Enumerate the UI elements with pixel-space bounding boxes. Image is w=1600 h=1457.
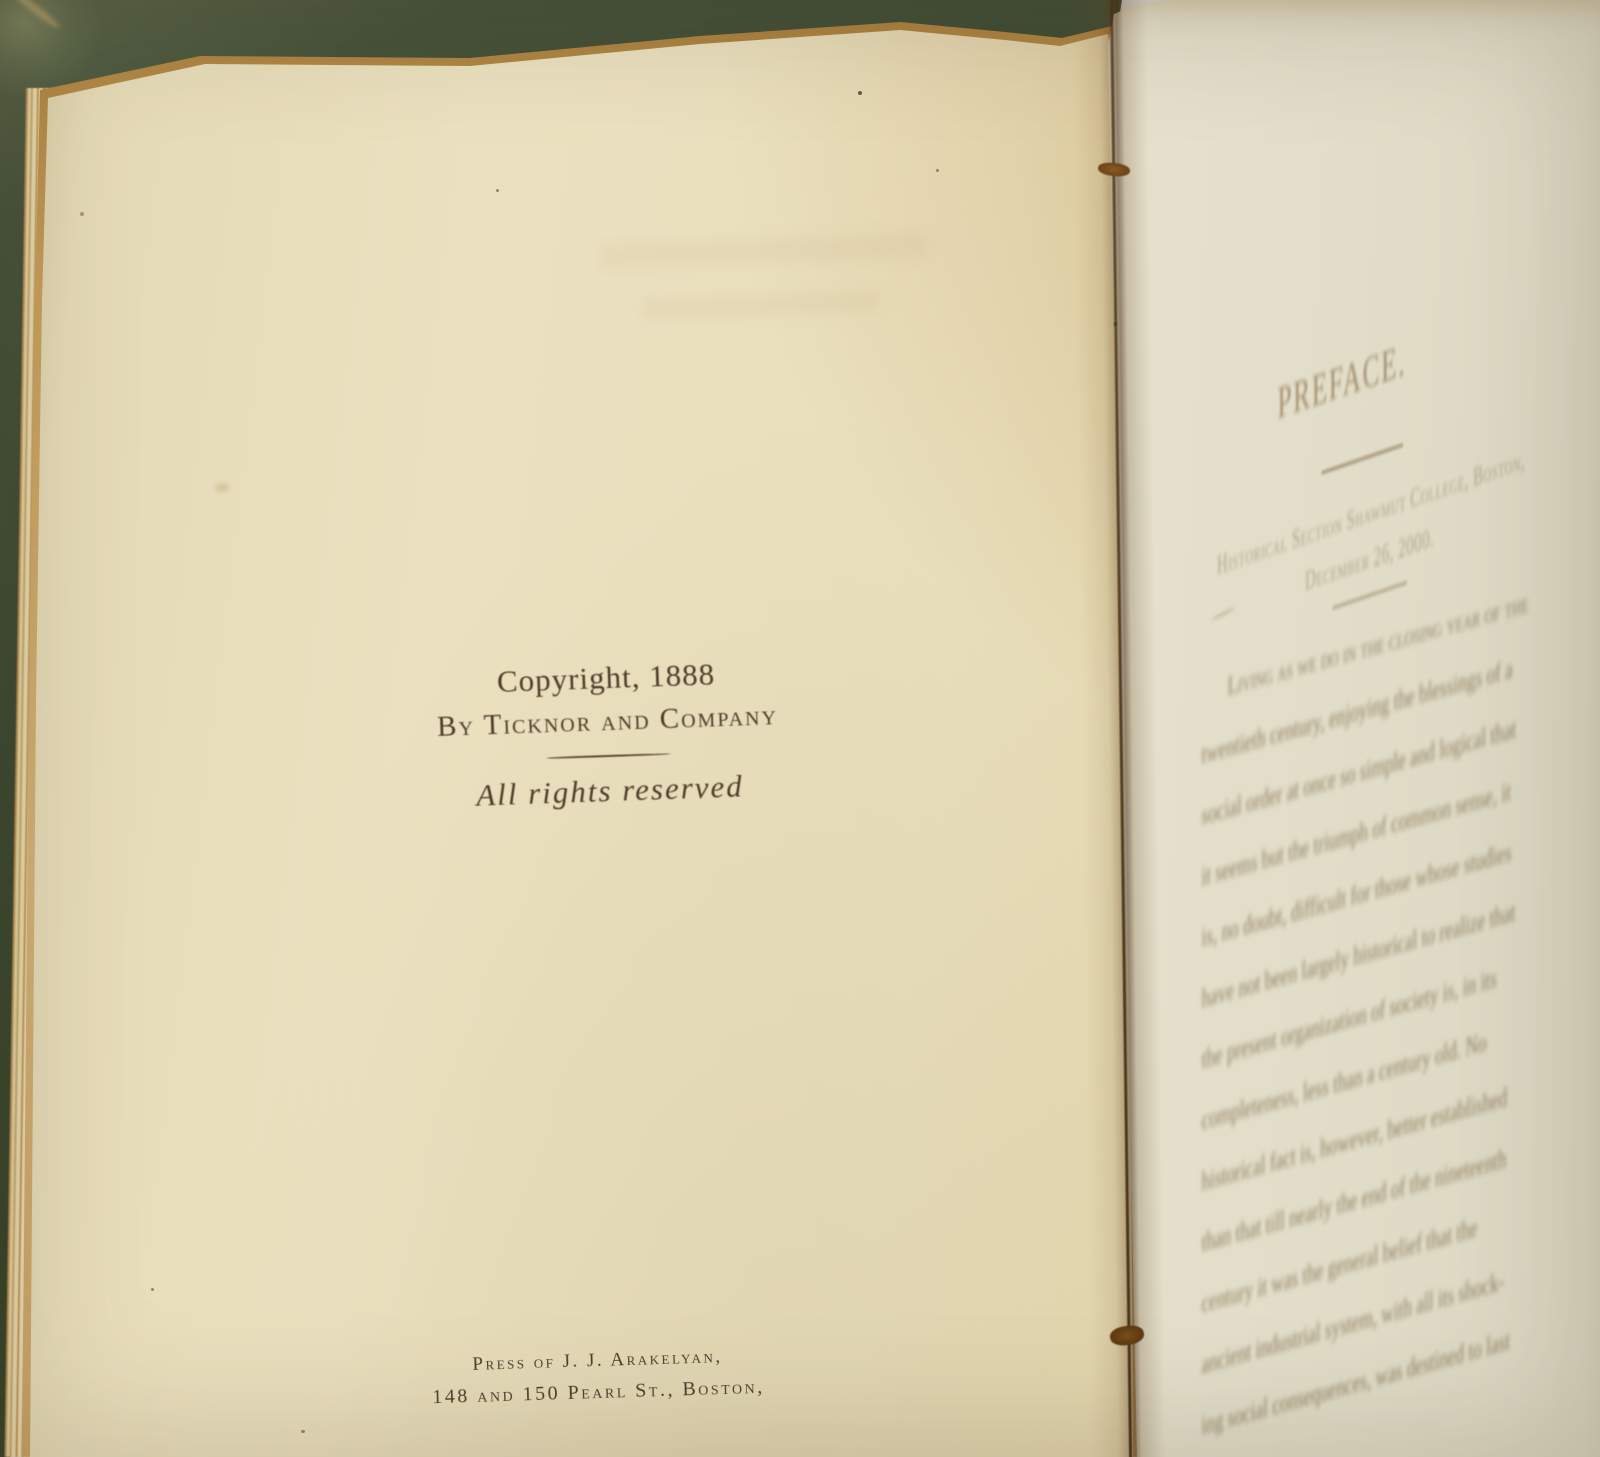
title-showthrough-smudge [598,232,929,270]
preface-body: Living as we do in the closing year of t… [1195,555,1592,1457]
rights-line: All rights reserved [429,767,790,816]
preface-heading: PREFACE. [1278,253,1600,429]
title-showthrough-smudge [642,290,881,320]
foxing-spot [936,169,939,172]
heading-rule [1322,443,1403,474]
foxing-spot [496,189,499,192]
foxing-spot [80,212,84,216]
dateline-rule [1333,581,1407,610]
printer-line-1: Press of J. J. Arakelyan, [417,1344,778,1377]
foxing-spot [301,1430,305,1433]
foxing-spot [151,1288,154,1291]
foxing-spot [1211,606,1236,622]
cover-worn-corner [0,0,102,94]
copyright-block: Copyright, 1888 By Ticknor and Company A… [426,654,791,815]
publisher-line: By Ticknor and Company [427,699,788,745]
foxing-spot [858,91,862,95]
copyright-line: Copyright, 1888 [426,654,787,703]
foxing-spot [215,483,229,492]
book-photo: Copyright, 1888 By Ticknor and Company A… [0,0,1600,1457]
printer-line-2: 148 and 150 Pearl St., Boston, [418,1375,779,1409]
preface-header: PREFACE. Historical Section Shawmut Coll… [1195,178,1600,458]
divider-rule [547,753,671,759]
printer-block: Press of J. J. Arakelyan, 148 and 150 Pe… [417,1344,779,1409]
